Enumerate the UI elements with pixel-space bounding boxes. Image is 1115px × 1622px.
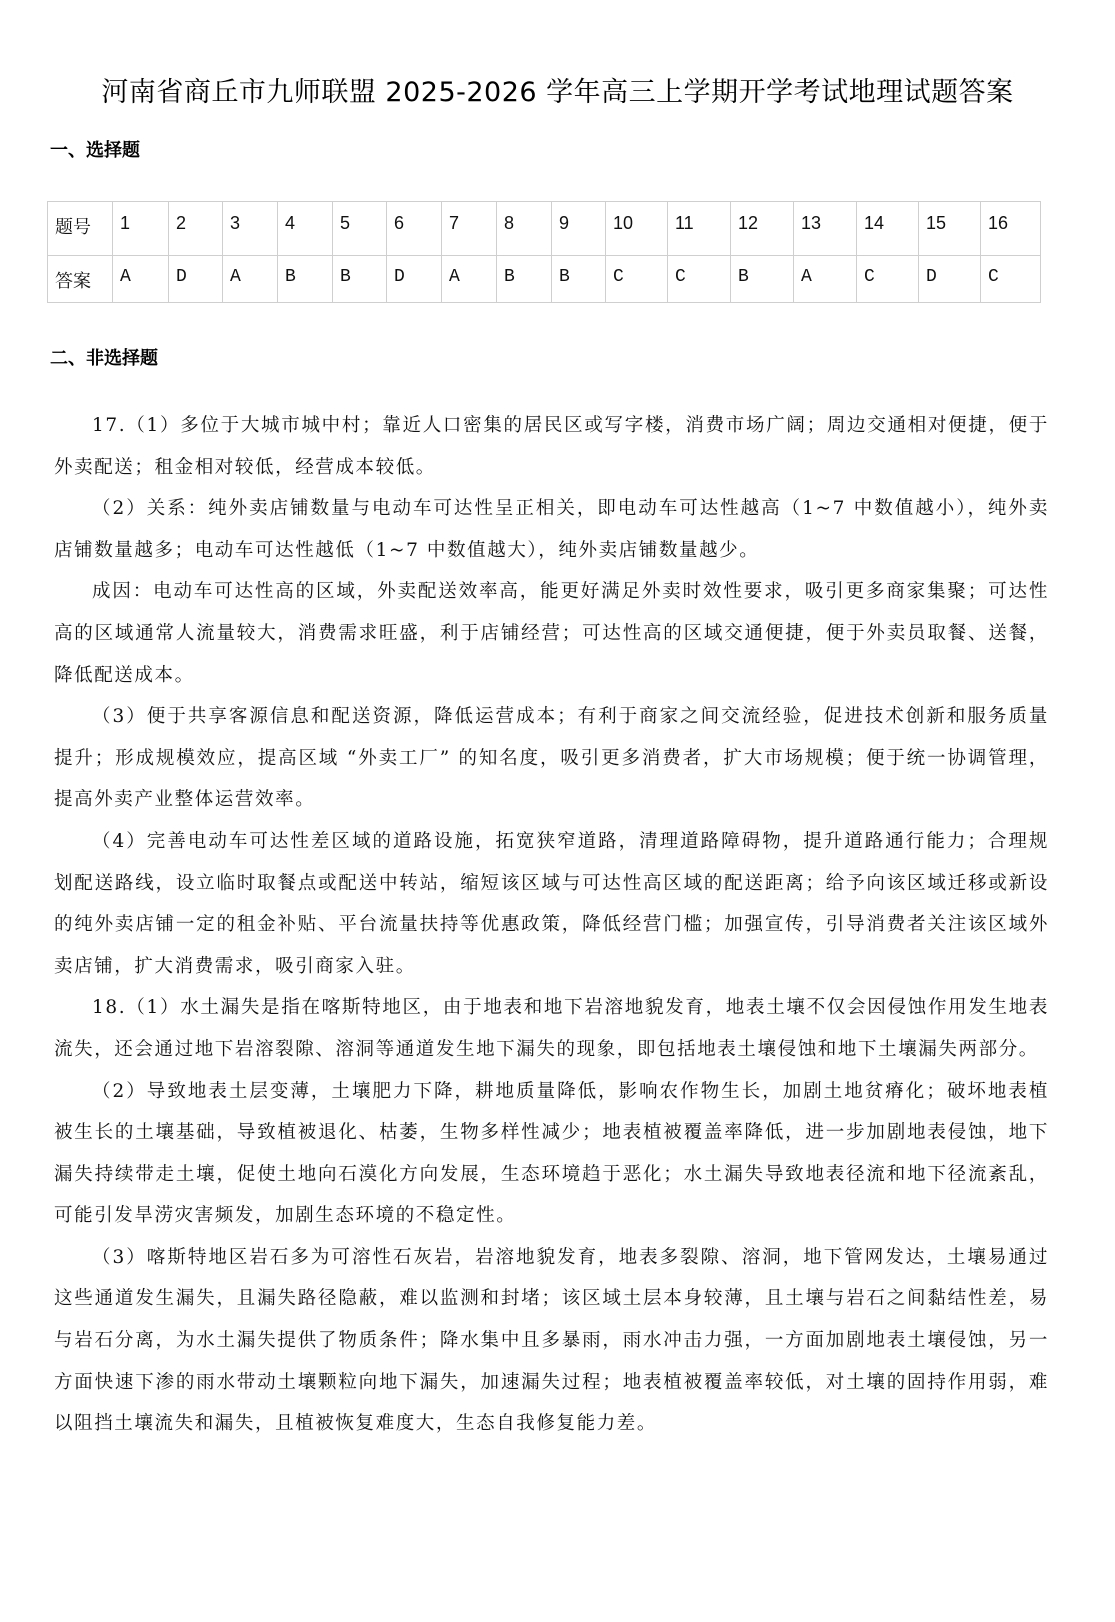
answer-cell: C <box>668 256 731 303</box>
answer-cell: D <box>387 256 442 303</box>
answer-paragraph-17-1: 17.（1）多位于大城市城中村；靠近人口密集的居民区或写字楼，消费市场广阔；周边… <box>54 405 1049 488</box>
question-number-cell: 13 <box>794 202 857 256</box>
answer-cell: B <box>278 256 333 303</box>
answer-table: 题号 1 2 3 4 5 6 7 8 9 10 11 12 13 14 15 1… <box>47 201 1041 303</box>
question-number-cell: 14 <box>857 202 919 256</box>
document-title: 河南省商丘市九师联盟 2025-2026 学年高三上学期开学考试地理试题答案 <box>0 70 1115 109</box>
answer-paragraph-18-3: （3）喀斯特地区岩石多为可溶性石灰岩，岩溶地貌发育，地表多裂隙、溶洞，地下管网发… <box>54 1237 1049 1445</box>
answer-cell: B <box>552 256 606 303</box>
section-heading-non-multiple-choice: 二、非选择题 <box>50 344 158 370</box>
question-number-cell: 12 <box>731 202 794 256</box>
question-number-cell: 5 <box>333 202 387 256</box>
question-number-cell: 9 <box>552 202 606 256</box>
answer-paragraph-18-2: （2）导致地表土层变薄，土壤肥力下降，耕地质量降低，影响农作物生长，加剧土地贫瘠… <box>54 1071 1049 1237</box>
question-number-cell: 7 <box>442 202 497 256</box>
answer-cell: A <box>113 256 169 303</box>
question-number-cell: 8 <box>497 202 552 256</box>
question-number-cell: 11 <box>668 202 731 256</box>
answer-cell: A <box>794 256 857 303</box>
answer-body: 17.（1）多位于大城市城中村；靠近人口密集的居民区或写字楼，消费市场广阔；周边… <box>54 405 1049 1445</box>
answer-paragraph-17-2: （2）关系：纯外卖店铺数量与电动车可达性呈正相关，即电动车可达性越高（1~7 中… <box>54 488 1049 571</box>
answer-paragraph-17-3: （3）便于共享客源信息和配送资源，降低运营成本；有利于商家之间交流经验，促进技术… <box>54 696 1049 821</box>
answer-cell: C <box>857 256 919 303</box>
question-number-cell: 15 <box>919 202 981 256</box>
answer-cell: B <box>731 256 794 303</box>
answer-table-row-answers: 答案 A D A B B D A B B C C B A C D C <box>48 256 1041 303</box>
row-label-answer: 答案 <box>48 256 113 303</box>
question-number-cell: 2 <box>169 202 223 256</box>
answer-table-row-numbers: 题号 1 2 3 4 5 6 7 8 9 10 11 12 13 14 15 1… <box>48 202 1041 256</box>
answer-paragraph-18-1: 18.（1）水土漏失是指在喀斯特地区，由于地表和地下岩溶地貌发育，地表土壤不仅会… <box>54 987 1049 1070</box>
answer-cell: A <box>442 256 497 303</box>
question-number-cell: 1 <box>113 202 169 256</box>
section-heading-multiple-choice: 一、选择题 <box>50 136 140 162</box>
question-number-cell: 16 <box>981 202 1041 256</box>
answer-paragraph-17-2-cause: 成因：电动车可达性高的区域，外卖配送效率高，能更好满足外卖时效性要求，吸引更多商… <box>54 571 1049 696</box>
question-number-cell: 10 <box>606 202 668 256</box>
question-number-cell: 3 <box>223 202 278 256</box>
answer-cell: A <box>223 256 278 303</box>
question-number-cell: 4 <box>278 202 333 256</box>
answer-cell: B <box>497 256 552 303</box>
answer-paragraph-17-4: （4）完善电动车可达性差区域的道路设施，拓宽狭窄道路，清理道路障碍物，提升道路通… <box>54 821 1049 987</box>
row-label-question-number: 题号 <box>48 202 113 256</box>
question-number-cell: 6 <box>387 202 442 256</box>
answer-cell: B <box>333 256 387 303</box>
answer-cell: C <box>981 256 1041 303</box>
answer-cell: D <box>169 256 223 303</box>
answer-cell: C <box>606 256 668 303</box>
answer-cell: D <box>919 256 981 303</box>
